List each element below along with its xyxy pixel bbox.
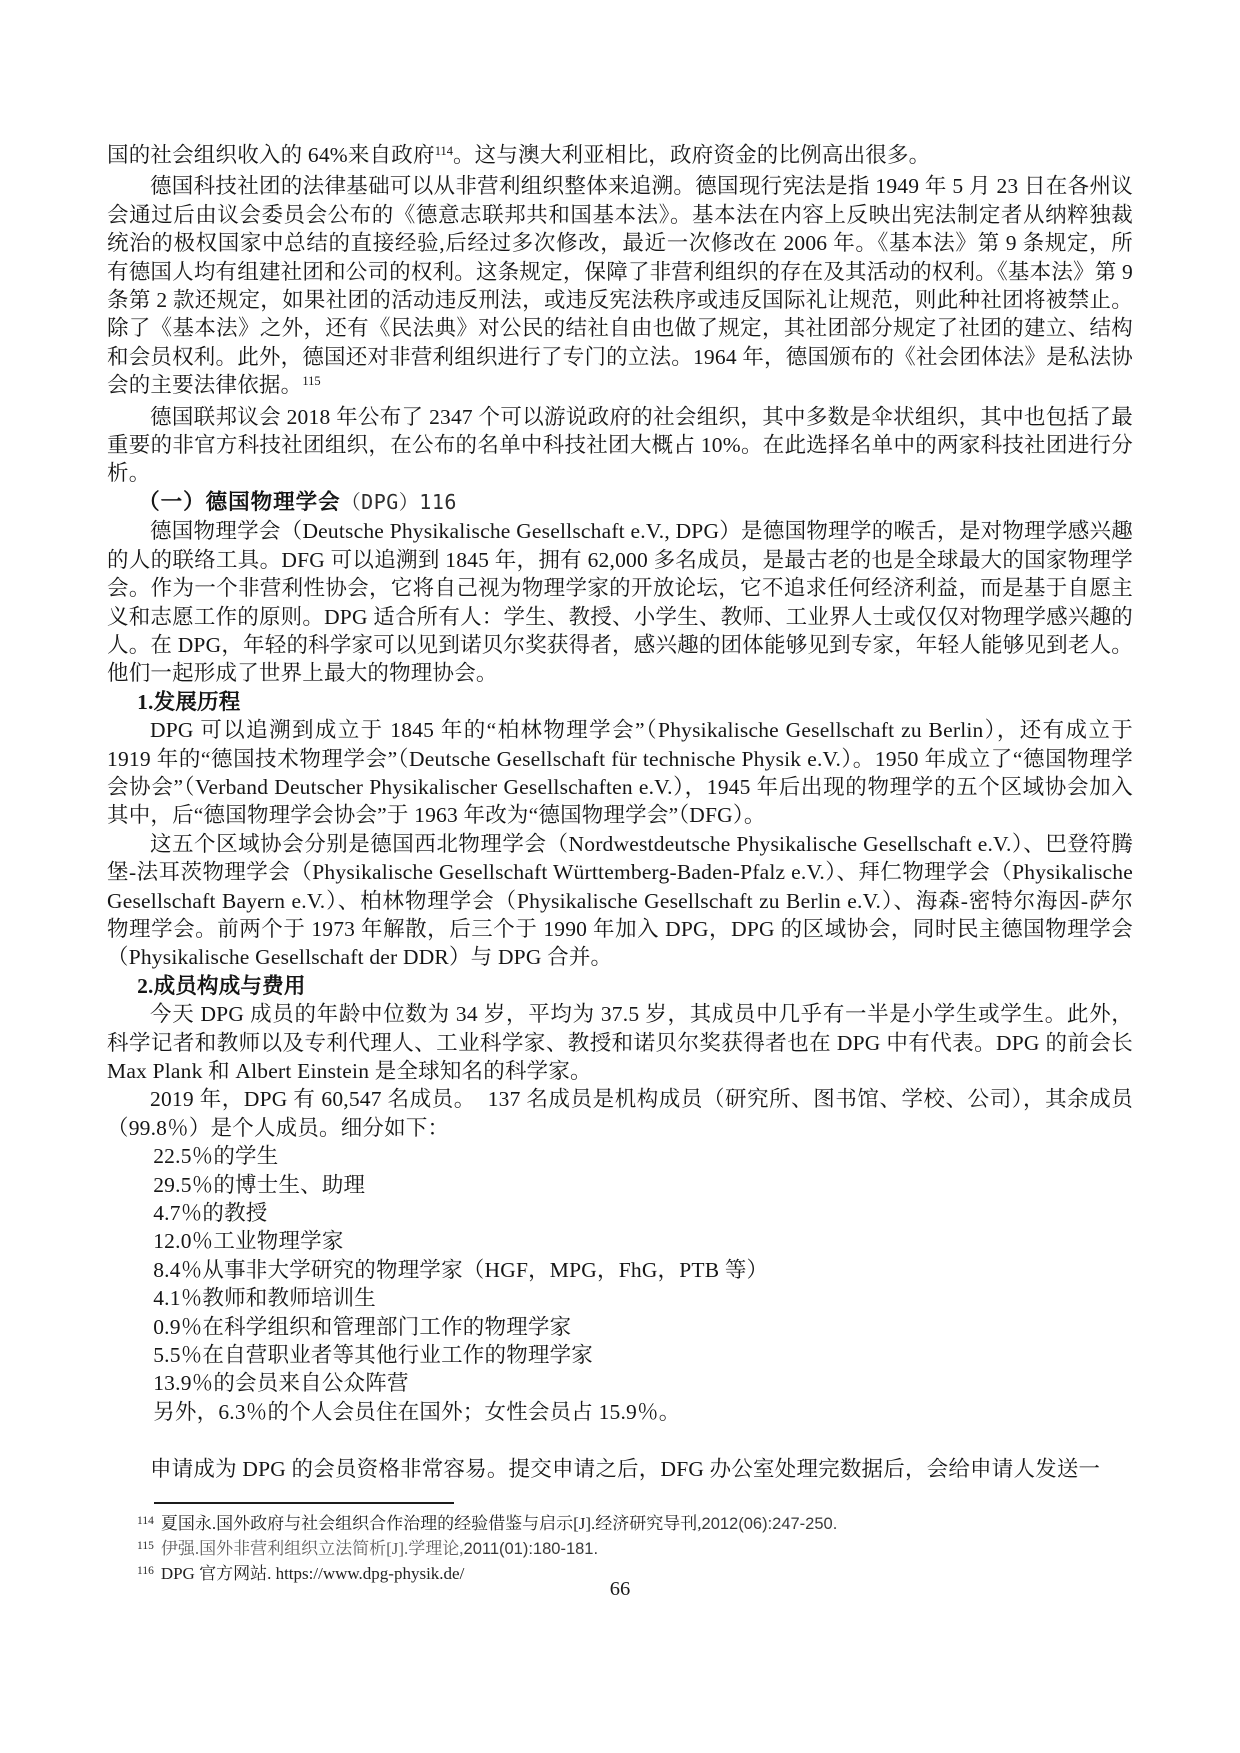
text-segment: 4.1％教师和教师培训生 — [153, 1286, 376, 1310]
text-segment: 另外，6.3％的个人会员住在国外；女性会员占 15.9％。 — [153, 1400, 680, 1424]
text-segment: 5.5％在自营职业者等其他行业工作的物理学家 — [153, 1343, 593, 1367]
text-segment: 0.9％在科学组织和管理部门工作的物理学家 — [153, 1315, 571, 1339]
list-line: 另外，6.3％的个人会员住在国外；女性会员占 15.9％。 — [107, 1398, 1133, 1426]
list-line: 8.4％从事非大学研究的物理学家（HGF，MPG，FhG，PTB 等） — [107, 1256, 1133, 1284]
text-segment: DPG 可以追溯到成立于 1845 年的“柏林物理学会”（Physikalisc… — [107, 718, 1133, 827]
footnote-ref: 115 — [302, 374, 320, 388]
paragraph: 2019 年，DPG 有 60,547 名成员。 137 名成员是机构成员（研究… — [107, 1085, 1133, 1142]
sub-heading: 2.成员构成与费用 — [107, 972, 1133, 1000]
footnote-item: 114夏国永.国外政府与社会组织合作治理的经验借鉴与启示[J].经济研究导刊,2… — [107, 1513, 1133, 1538]
text-segment: 德国联邦议会 2018 年公布了 2347 个可以游说政府的社会组织，其中多数是… — [107, 405, 1133, 486]
text-segment: 申请成为 DPG 的会员资格非常容易。提交申请之后，DFG 办公室处理完数据后，… — [150, 1457, 1100, 1481]
list-line: 4.1％教师和教师培训生 — [107, 1284, 1133, 1312]
paragraph: DPG 可以追溯到成立于 1845 年的“柏林物理学会”（Physikalisc… — [107, 716, 1133, 830]
text-segment: （DPG）116 — [341, 490, 457, 514]
footnote-area: 114夏国永.国外政府与社会组织合作治理的经验借鉴与启示[J].经济研究导刊,2… — [107, 1502, 1133, 1587]
paragraph: 德国物理学会（Deutsche Physikalische Gesellscha… — [107, 517, 1133, 687]
text-segment: 22.5％的学生 — [153, 1144, 278, 1168]
section-heading: （一）德国物理学会（DPG）116 — [107, 488, 1133, 517]
footnote-text: 2011(01):180-181. — [464, 1540, 599, 1558]
sub-heading: 1.发展历程 — [107, 688, 1133, 716]
text-segment: 这五个区域协会分别是德国西北物理学会（Nordwestdeutsche Phys… — [107, 832, 1133, 970]
footnote-text: 2012(06):247-250. — [702, 1515, 838, 1533]
footnote-marker: 115 — [137, 1540, 154, 1552]
page-number: 66 — [0, 1578, 1240, 1601]
paragraph: 今天 DPG 成员的年龄中位数为 34 岁，平均为 37.5 岁，其成员中几乎有… — [107, 1000, 1133, 1085]
list-line: 5.5％在自营职业者等其他行业工作的物理学家 — [107, 1341, 1133, 1369]
footnote-text: 伊强.国外非营利组织立法简析[J].学理论, — [161, 1539, 464, 1558]
list-line: 0.9％在科学组织和管理部门工作的物理学家 — [107, 1313, 1133, 1341]
text-segment: 1.发展历程 — [137, 690, 240, 714]
list-line: 22.5％的学生 — [107, 1142, 1133, 1170]
document-page: 国的社会组织收入的 64%来自政府114。这与澳大利亚相比，政府资金的比例高出很… — [0, 0, 1240, 1753]
text-segment: 德国科技社团的法律基础可以从非营利组织整体来追溯。德国现行宪法是指 1949 年… — [107, 174, 1133, 397]
text-segment: 2019 年，DPG 有 60,547 名成员。 137 名成员是机构成员（研究… — [107, 1087, 1133, 1139]
text-segment: 4.7％的教授 — [153, 1201, 267, 1225]
text-segment: 国的社会组织收入的 64%来自政府 — [107, 143, 435, 167]
text-segment: 12.0％工业物理学家 — [153, 1229, 343, 1253]
paragraph: 申请成为 DPG 的会员资格非常容易。提交申请之后，DFG 办公室处理完数据后，… — [107, 1455, 1133, 1483]
text-body: 国的社会组织收入的 64%来自政府114。这与澳大利亚相比，政府资金的比例高出很… — [107, 141, 1133, 1483]
paragraph: 德国科技社团的法律基础可以从非营利组织整体来追溯。德国现行宪法是指 1949 年… — [107, 172, 1133, 402]
list-line: 13.9％的会员来自公众阵营 — [107, 1369, 1133, 1397]
footnote-text: 夏国永.国外政府与社会组织合作治理的经验借鉴与启示[J].经济研究导刊, — [161, 1514, 702, 1533]
text-segment: 8.4％从事非大学研究的物理学家（HGF，MPG，FhG，PTB 等） — [153, 1258, 768, 1282]
list-line: 29.5％的博士生、助理 — [107, 1171, 1133, 1199]
list-line: 4.7％的教授 — [107, 1199, 1133, 1227]
text-segment: （一）德国物理学会 — [138, 490, 341, 515]
paragraph: 国的社会组织收入的 64%来自政府114。这与澳大利亚相比，政府资金的比例高出很… — [107, 141, 1133, 172]
text-segment: 。这与澳大利亚相比，政府资金的比例高出很多。 — [453, 143, 930, 167]
text-segment: 今天 DPG 成员的年龄中位数为 34 岁，平均为 37.5 岁，其成员中几乎有… — [107, 1002, 1133, 1083]
footnote-marker: 114 — [137, 1515, 154, 1527]
footnote-separator — [154, 1502, 454, 1504]
footnote-ref: 114 — [435, 144, 453, 158]
footnote-item: 115伊强.国外非营利组织立法简析[J].学理论,2011(01):180-18… — [107, 1538, 1133, 1563]
text-segment: 13.9％的会员来自公众阵营 — [153, 1371, 408, 1395]
text-segment: 德国物理学会（Deutsche Physikalische Gesellscha… — [107, 519, 1133, 685]
footnote-list: 114夏国永.国外政府与社会组织合作治理的经验借鉴与启示[J].经济研究导刊,2… — [107, 1513, 1133, 1587]
text-segment: 2.成员构成与费用 — [137, 974, 305, 998]
paragraph: 这五个区域协会分别是德国西北物理学会（Nordwestdeutsche Phys… — [107, 830, 1133, 972]
text-segment: 29.5％的博士生、助理 — [153, 1173, 365, 1197]
list-line: 12.0％工业物理学家 — [107, 1227, 1133, 1255]
paragraph: 德国联邦议会 2018 年公布了 2347 个可以游说政府的社会组织，其中多数是… — [107, 403, 1133, 488]
footnote-marker: 116 — [137, 1565, 154, 1577]
